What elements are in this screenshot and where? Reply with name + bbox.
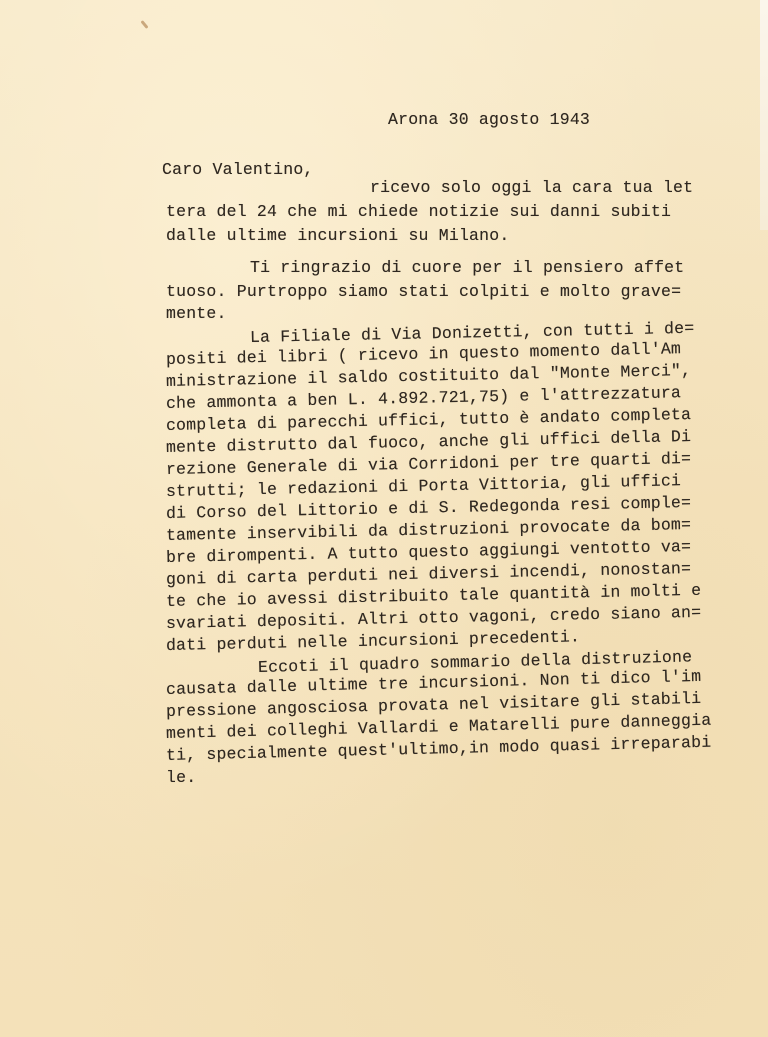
letter-line: tuoso. Purtroppo siamo stati colpiti e m…	[166, 284, 681, 301]
salutation: Caro Valentino,	[162, 162, 314, 179]
letter-line: Ti ringrazio di cuore per il pensiero af…	[250, 260, 684, 277]
date-line: Arona 30 agosto 1943	[388, 112, 590, 129]
letter-line: le.	[166, 770, 196, 787]
letter-line: dalle ultime incursioni su Milano.	[166, 228, 509, 245]
letter-line: tera del 24 che mi chiede notizie sui da…	[166, 204, 671, 221]
letter-line: ricevo solo oggi la cara tua let	[370, 180, 693, 197]
letter-line: mente.	[166, 306, 227, 323]
paper-edge	[760, 0, 768, 230]
